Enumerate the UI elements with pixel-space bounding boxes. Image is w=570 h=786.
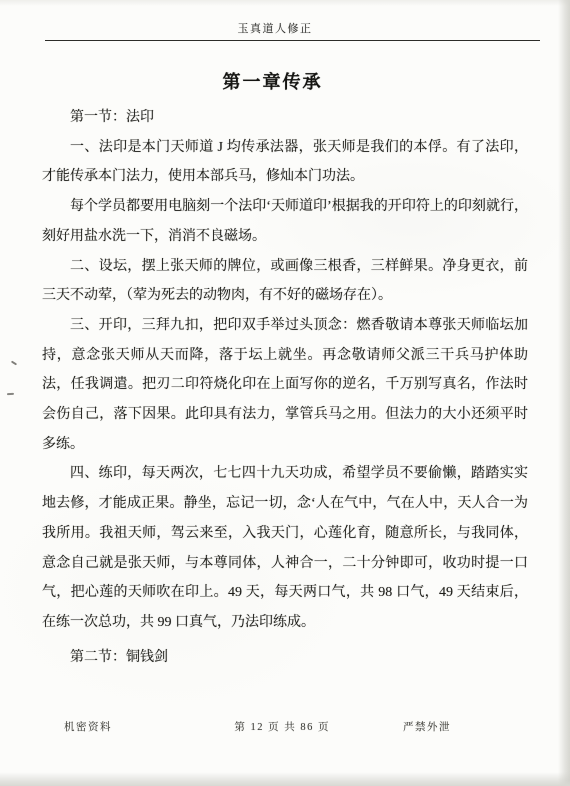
page-footer: 机密资料 第 12 页 共 86 页 严禁外泄 bbox=[0, 719, 570, 735]
document-body: 第一节：法印 一、法印是本门天师道 J 均传承法器，张天师是我们的本俘。有了法印… bbox=[42, 103, 528, 672]
scan-artifact-mark bbox=[7, 393, 14, 395]
section-heading-2: 第二节：铜钱剑 bbox=[42, 643, 528, 673]
footer-classification-label: 机密资料 bbox=[64, 719, 112, 734]
chapter-title: 第一章传承 bbox=[0, 68, 545, 94]
body-paragraph-2: 每个学员都要用电脑刻一个法印‘天师道印’根据我的开印符上的印刻就行，刻好用盐水洗… bbox=[42, 192, 528, 251]
body-paragraph-1: 一、法印是本门天师道 J 均传承法器，张天师是我们的本俘。有了法印，才能传承本门… bbox=[42, 133, 528, 192]
scan-artifact-mark bbox=[11, 361, 17, 366]
body-paragraph-3: 二、设坛，摆上张天师的牌位，或画像三根香，三样鲜果。净身更衣，前三天不动荤，（荤… bbox=[42, 252, 528, 311]
body-paragraph-5: 四、练印，每天两次，七七四十九天功成，希望学员不要偷懒，踏踏实实地去修，才能成正… bbox=[42, 459, 528, 637]
body-paragraph-4: 三、开印，三拜九扣，把印双手举过头顶念：燃香敬请本尊张天师临坛加持，意念张天师从… bbox=[42, 311, 528, 460]
footer-warning-label: 严禁外泄 bbox=[403, 719, 451, 734]
scan-edge-shadow bbox=[0, 772, 570, 786]
footer-page-number: 第 12 页 共 86 页 bbox=[234, 719, 330, 734]
scanned-document-page: 玉真道人修正 第一章传承 第一节：法印 一、法印是本门天师道 J 均传承法器，张… bbox=[0, 0, 570, 786]
section-heading-1: 第一节：法印 bbox=[42, 103, 528, 133]
scan-edge-shadow bbox=[558, 0, 570, 786]
header-divider-line bbox=[45, 40, 540, 41]
scan-edge-shadow bbox=[0, 0, 570, 6]
running-header-title: 玉真道人修正 bbox=[0, 20, 550, 36]
